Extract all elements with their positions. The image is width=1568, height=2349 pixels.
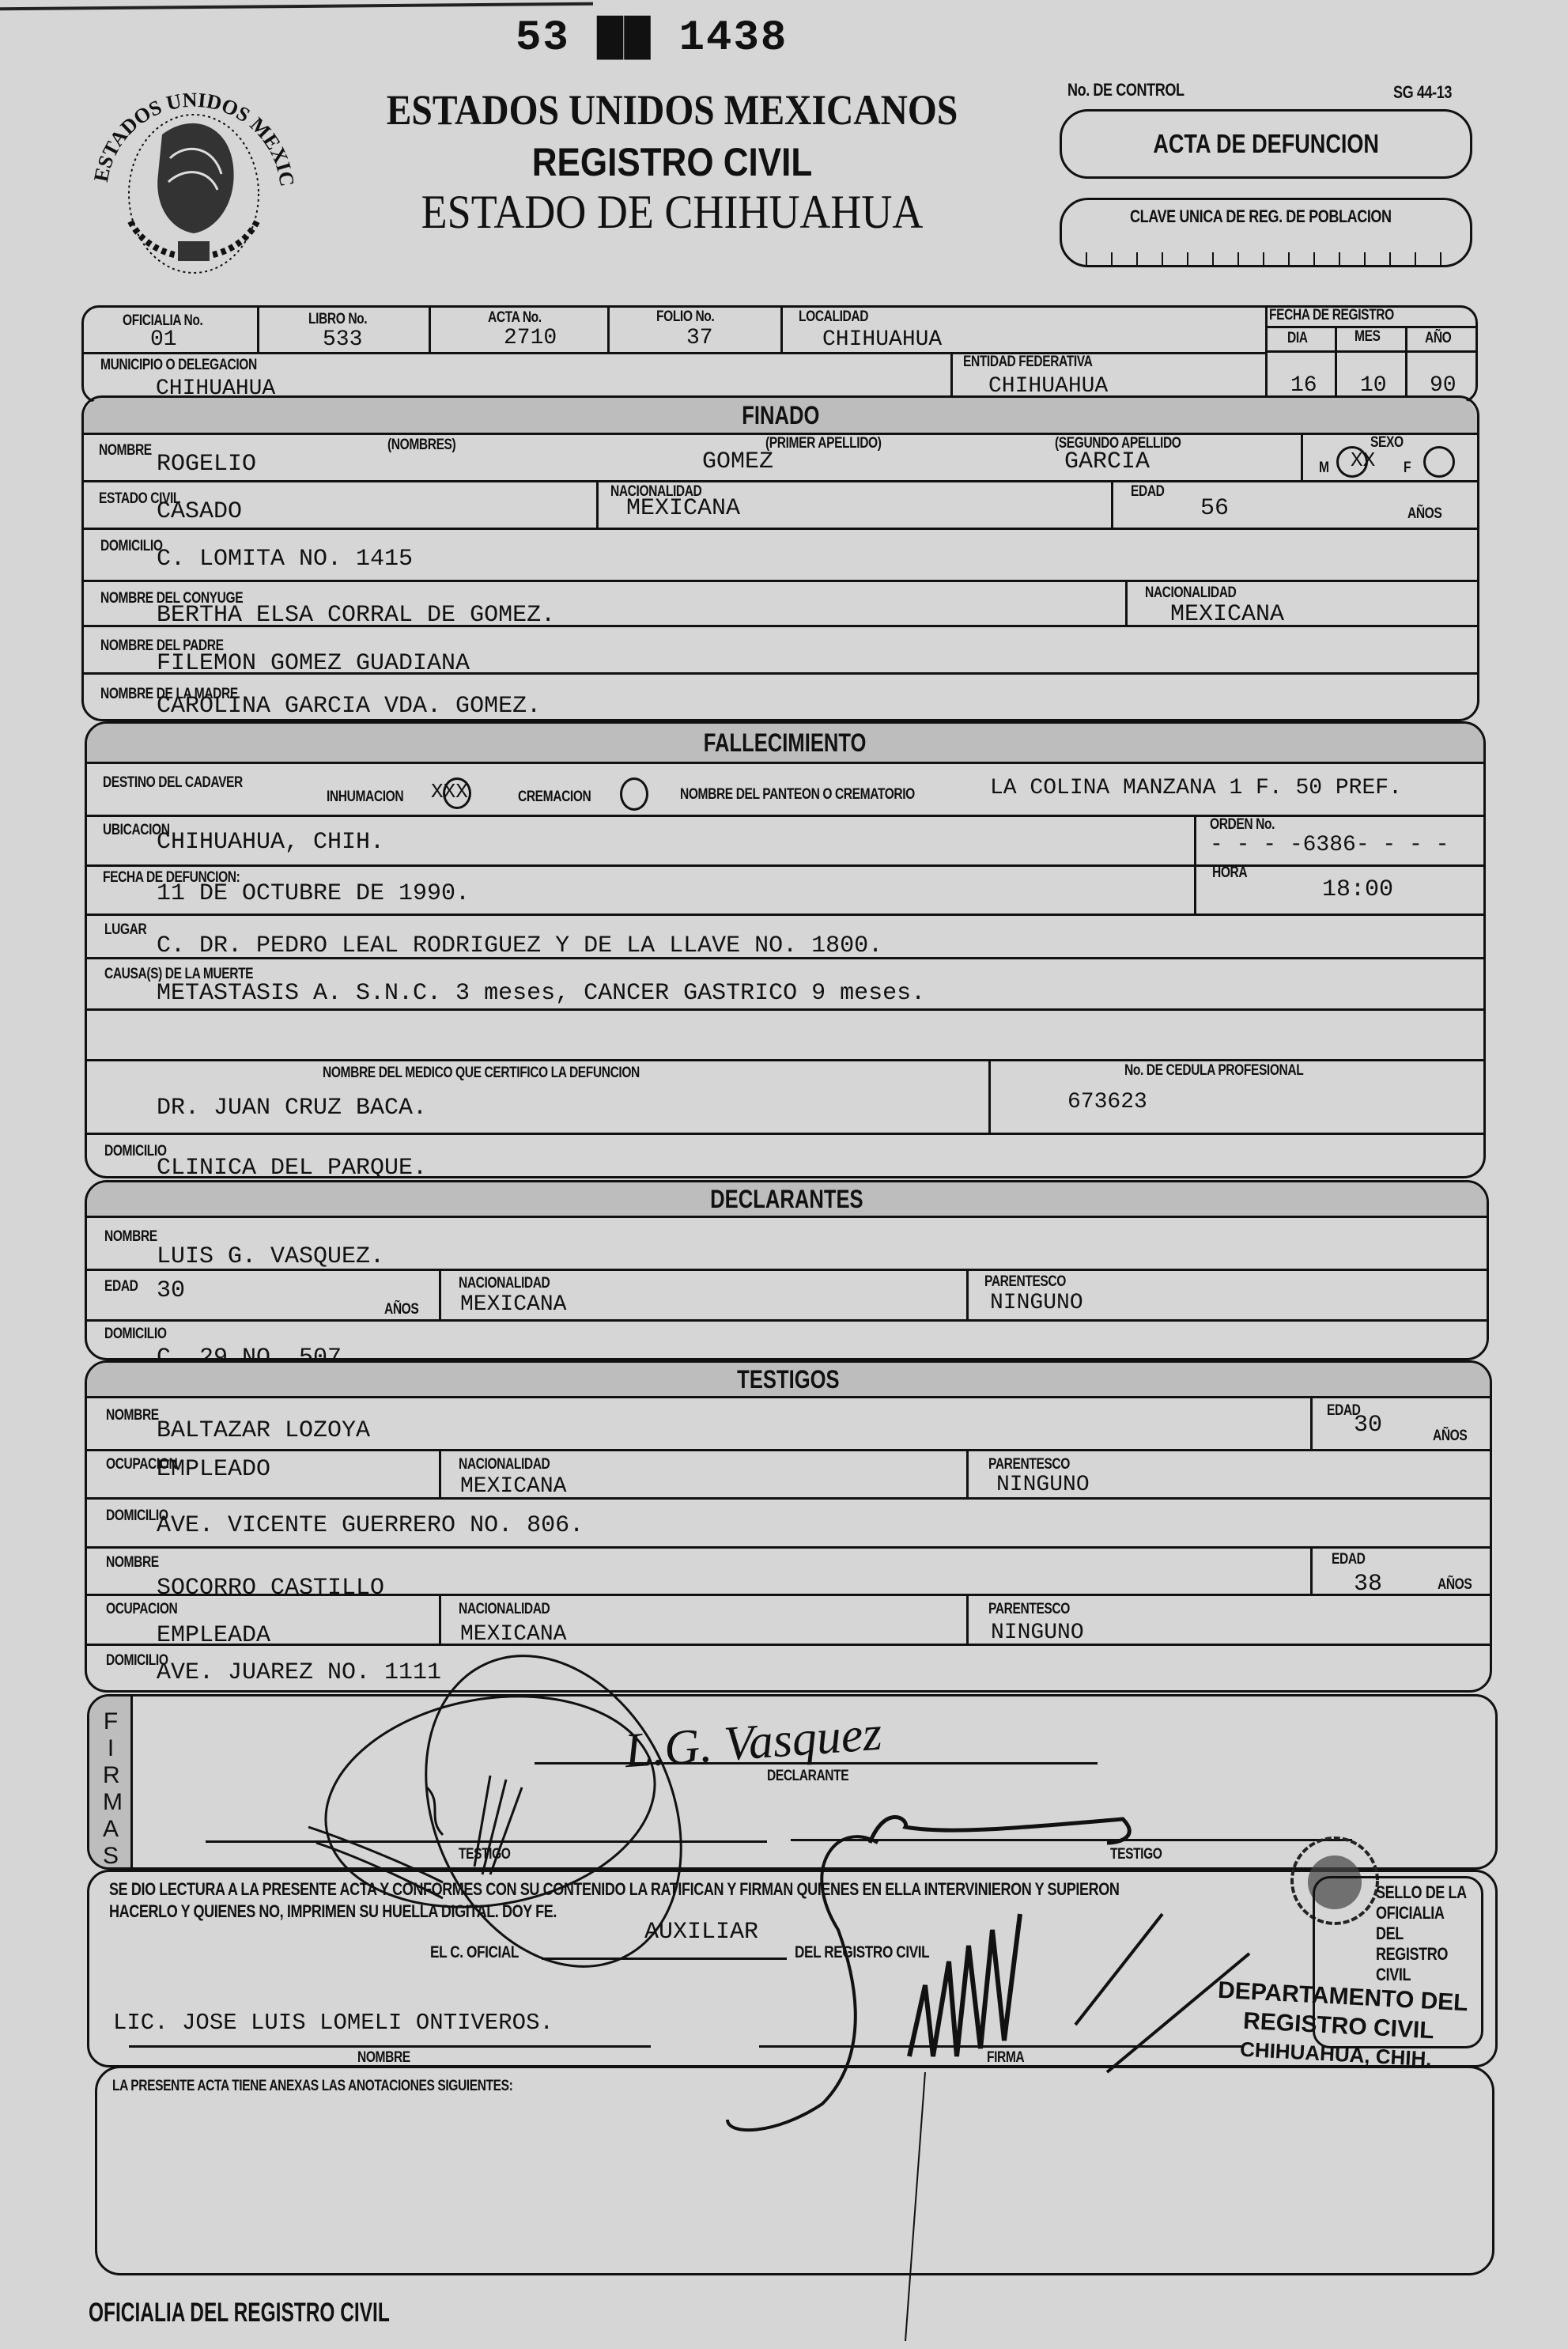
nombre-line	[129, 2045, 651, 2048]
oficial-role-line	[542, 1957, 787, 1960]
certificacion-text-line1: SE DIO LECTURA A LA PRESENTE ACTA Y CONF…	[109, 1881, 1119, 1898]
firma-line	[759, 2045, 1241, 2048]
oficial-suffix: DEL REGISTRO CIVIL	[795, 1944, 929, 1961]
oficial-prefix: EL C. OFICIAL	[430, 1944, 519, 1961]
firma-label: FIRMA	[987, 2050, 1024, 2065]
oficial-nombre: LIC. JOSE LUIS LOMELI ONTIVEROS.	[113, 2011, 554, 2034]
certificacion-text-line2: HACERLO Y QUIENES NO, IMPRIMEN SU HUELLA…	[109, 1903, 557, 1920]
certificacion-section	[87, 1870, 1498, 2067]
anotaciones-label: LA PRESENTE ACTA TIENE ANEXAS LAS ANOTAC…	[112, 2079, 512, 2094]
seal-box-text: SELLO DE LA OFICIALIA DEL REGISTRO CIVIL	[1376, 1882, 1473, 1985]
oficial-role: AUXILIAR	[644, 1920, 758, 1944]
footer-label: OFICIALIA DEL REGISTRO CIVIL	[89, 2298, 390, 2328]
anotaciones-section[interactable]	[95, 2066, 1494, 2275]
nombre-label: NOMBRE	[357, 2050, 410, 2065]
